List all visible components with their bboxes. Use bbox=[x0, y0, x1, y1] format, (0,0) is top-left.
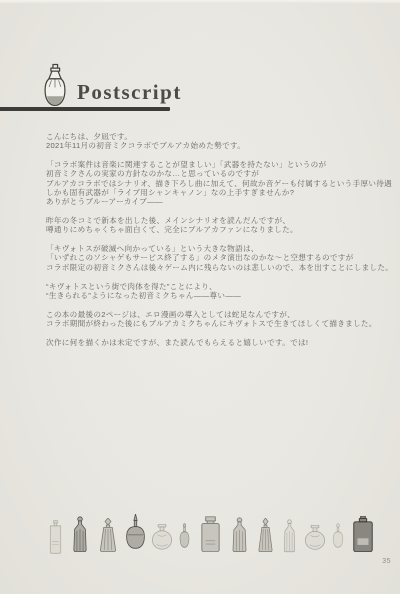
paragraph-line: “キヴォトスという街で肉体を得た”ことにより、 bbox=[46, 282, 374, 291]
paragraph: こんにちは、夕凪です。2021年11月の初音ミクコラボでブルアカ始めた勢です。 bbox=[46, 132, 374, 151]
paragraph-line: コラボ期間が終わった後にもブルアカミクちゃんにキヴォトスで生きてほしくて描きまし… bbox=[46, 319, 374, 328]
perfume-bottle-icon bbox=[42, 63, 68, 108]
paragraph: この本の最後の2ページは、エロ漫画の導入としては蛇足なんですが、コラボ期間が終わ… bbox=[46, 310, 374, 329]
afterword-text: こんにちは、夕凪です。2021年11月の初音ミクコラボでブルアカ始めた勢です。「… bbox=[46, 132, 374, 357]
paragraph-line: コラボ限定の初音ミクさんは後々ゲーム内に残らないのは悲しいので、本を出すことにし… bbox=[46, 263, 374, 272]
paragraph-line: 昨年の冬コミで新本を出した後、メインシナリオを読んだんですが、 bbox=[46, 216, 374, 225]
paragraph-line: 2021年11月の初音ミクコラボでブルアカ始めた勢です。 bbox=[46, 141, 374, 150]
paragraph: 「キヴォトスが破滅へ向かっている」という大きな物語は、「いずれこのソシャゲもサー… bbox=[46, 244, 374, 272]
perfume-bottle-flask bbox=[331, 523, 345, 554]
paragraph-line: 次作に何を描くかは未定ですが、また読んでもらえると嬉しいです。では! bbox=[46, 338, 374, 347]
perfume-bottle-decanter bbox=[229, 517, 250, 554]
page-top-edge bbox=[0, 0, 400, 3]
perfume-bottle-round bbox=[152, 520, 172, 554]
paragraph: 「コラボ案件は音楽に関連することが望ましい」「武器を持たない」というのが初音ミク… bbox=[46, 160, 374, 206]
postscript-title: Postscript bbox=[77, 82, 182, 103]
postscript-header: Postscript bbox=[42, 63, 182, 108]
perfume-bottle-spire bbox=[125, 514, 146, 554]
paragraph-line: しかも固有武器が「ライブ用シャンキャノン」なの上手すぎませんか? bbox=[46, 188, 374, 197]
paragraph-line: ありがとうブルーアーカイブ—— bbox=[46, 197, 374, 206]
paragraph-line: 初音ミクさんの実家の方針なのかな…と思っているのですが bbox=[46, 169, 374, 178]
perfume-bottle-row bbox=[47, 506, 375, 554]
paragraph: 昨年の冬コミで新本を出した後、メインシナリオを読んだんですが、噂通りにめちゃくち… bbox=[46, 216, 374, 235]
header-rule bbox=[0, 107, 170, 111]
perfume-bottle-fluted bbox=[97, 518, 119, 554]
paragraph-line: この本の最後の2ページは、エロ漫画の導入としては蛇足なんですが、 bbox=[46, 310, 374, 319]
perfume-bottle-decanter bbox=[70, 516, 90, 554]
paragraph-line: 噂通りにめちゃくちゃ面白くて、完全にブルアカファンになりました。 bbox=[46, 225, 374, 234]
perfume-bottle-fluted bbox=[256, 518, 275, 554]
paragraph-line: 「いずれこのソシャゲもサービス終了する」のメタ演出なのかな〜と空想するのですが bbox=[46, 253, 374, 262]
paragraph-line: こんにちは、夕凪です。 bbox=[46, 132, 374, 141]
paragraph: “キヴォトスという街で肉体を得た”ことにより、“生きられる”ようになった初音ミク… bbox=[46, 282, 374, 301]
perfume-bottle-jar bbox=[198, 516, 223, 554]
paragraph: 次作に何を描くかは未定ですが、また読んでもらえると嬉しいです。では! bbox=[46, 338, 374, 347]
perfume-bottle-round bbox=[305, 521, 325, 554]
perfume-bottle-square bbox=[47, 520, 64, 554]
perfume-bottle-flask bbox=[178, 523, 191, 554]
page-number: 35 bbox=[382, 558, 391, 565]
perfume-bottle-label bbox=[351, 516, 375, 554]
paragraph-line: “生きられる”ようになった初音ミクちゃん——尊い—— bbox=[46, 291, 374, 300]
paragraph-line: ブルアカコラボではシナリオ、描き下ろし曲に加えて、何故か音ゲーも付属するという手… bbox=[46, 179, 374, 188]
paragraph-line: 「コラボ案件は音楽に関連することが望ましい」「武器を持たない」というのが bbox=[46, 160, 374, 169]
perfume-bottle-decanter bbox=[281, 519, 298, 554]
